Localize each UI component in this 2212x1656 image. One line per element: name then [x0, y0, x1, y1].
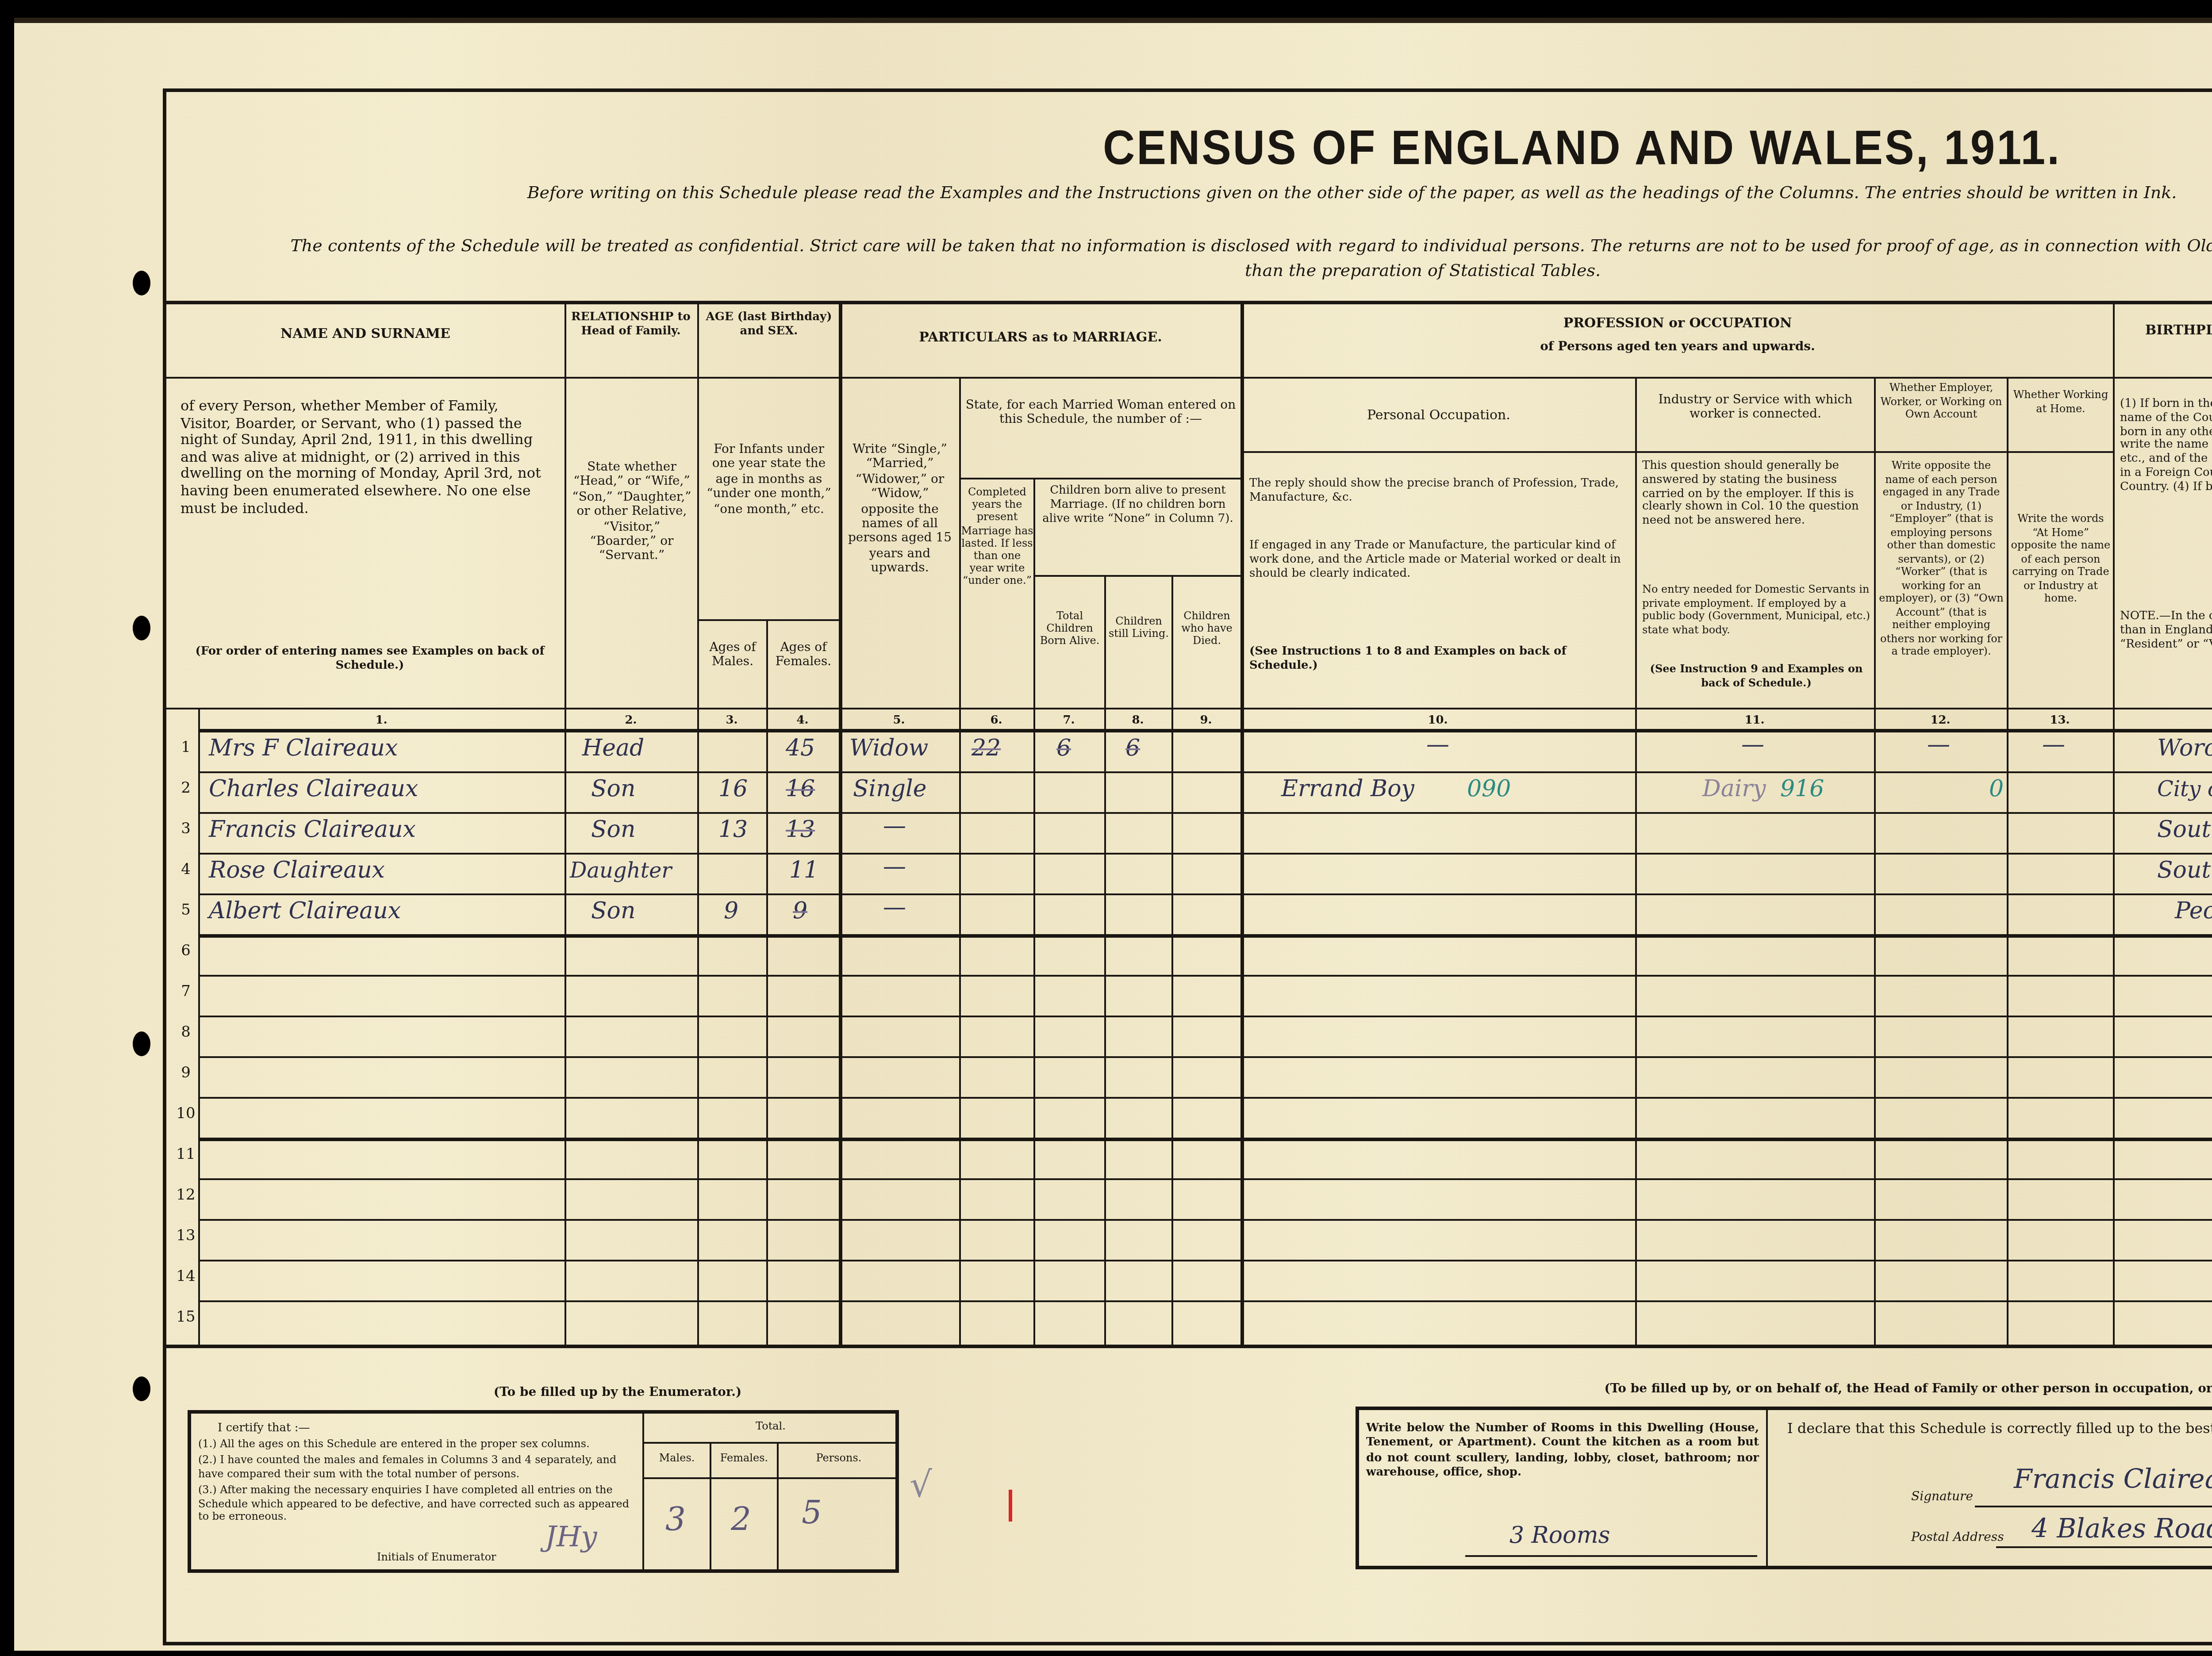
red-tick-mark: [1009, 1490, 1012, 1522]
initials-value[interactable]: JHy: [545, 1520, 597, 1553]
header-industry-instr-1: This question should generally be answer…: [1642, 460, 1870, 529]
column-divider: [697, 301, 699, 1345]
header-personal-instr-3: (See Instructions 1 to 8 and Examples on…: [1249, 646, 1628, 673]
head-of-family-box: Write below the Number of Rooms in this …: [1356, 1407, 2212, 1569]
header-sub-rule: [166, 377, 2212, 379]
row-rule: [198, 975, 2212, 977]
entry-condition[interactable]: —: [883, 895, 906, 922]
address-line: [1996, 1546, 2212, 1548]
header-condition: Write “Single,” “Married,” “Widower,” or…: [842, 442, 957, 576]
entry-industry[interactable]: Dairy: [1702, 777, 1766, 803]
marriage-subheader-rule: [959, 478, 1240, 479]
entry-age-female[interactable]: 45: [786, 736, 815, 763]
employer-code: 0: [1989, 777, 2004, 803]
column-divider: [198, 708, 200, 1345]
column-divider: [1171, 575, 1173, 1345]
industry-code: 916: [1780, 777, 1824, 803]
header-name-note: (For order of entering names see Example…: [184, 646, 556, 673]
row-number: 7: [173, 984, 198, 1001]
row-rule: [198, 853, 2212, 855]
entry-born-alive[interactable]: 6: [1056, 736, 1071, 763]
header-still-living: Children still Living.: [1106, 616, 1171, 641]
row-number: 10: [173, 1106, 198, 1123]
header-name-instructions: of every Person, whether Member of Famil…: [180, 398, 552, 517]
header-birthplace: BIRTHPLACE of every person.: [2115, 322, 2212, 338]
signature-label: Signature: [1911, 1490, 1973, 1504]
entry-birthplace[interactable]: Peckham: [2175, 899, 2212, 925]
row-number: 1: [173, 740, 198, 757]
entry-name[interactable]: Francis Claireaux: [209, 817, 416, 844]
initials-label: Initials of Enumerator: [377, 1552, 496, 1565]
address-value[interactable]: 4 Blakes Road: [2032, 1513, 2212, 1545]
males-label: Males.: [644, 1453, 710, 1466]
column-divider: [1104, 575, 1106, 1345]
row-rule: [198, 1138, 2212, 1141]
entry-age-female[interactable]: 11: [789, 858, 818, 885]
header-occupation-sub: of Persons aged ten years and upwards.: [1242, 340, 2113, 355]
header-employer: Whether Employer, Worker, or Working on …: [1876, 382, 2007, 422]
row-number: 3: [173, 821, 198, 839]
entry-years-married[interactable]: 22: [972, 736, 1001, 763]
entry-condition[interactable]: —: [883, 814, 906, 840]
row-number: 9: [173, 1065, 198, 1083]
row-rule: [198, 1178, 2212, 1180]
header-industry-instr-2: No entry needed for Domestic Servants in…: [1642, 584, 1870, 637]
rooms-value[interactable]: 3 Rooms: [1509, 1523, 1610, 1550]
row-number: 13: [173, 1228, 198, 1246]
head-of-family-heading: (To be filled up by, or on behalf of, th…: [1440, 1380, 2212, 1396]
col-number-12: 12.: [1874, 713, 2007, 727]
entry-condition[interactable]: Single: [853, 777, 926, 803]
entry-age-female[interactable]: 16: [786, 777, 815, 803]
col-number-9: 9.: [1171, 713, 1240, 727]
header-children-born: Children born alive to present Marriage.…: [1035, 485, 1240, 526]
row-number: 4: [173, 862, 198, 879]
punch-hole-icon: [133, 271, 150, 295]
entry-occupation[interactable]: Errand Boy: [1281, 777, 1414, 803]
entry-relationship[interactable]: Son: [591, 817, 635, 844]
header-employer-instr: Write opposite the name of each person e…: [1876, 460, 2007, 659]
females-label: Females.: [711, 1453, 777, 1466]
punch-hole-icon: [133, 1031, 150, 1056]
row-rule: [198, 1260, 2212, 1261]
header-age-males: Ages of Males.: [699, 640, 766, 670]
row-rule: [198, 893, 2212, 895]
check-mark-icon: √: [910, 1463, 932, 1506]
declaration-text: I declare that this Schedule is correctl…: [1787, 1421, 2212, 1437]
column-divider: [766, 619, 768, 1345]
entry-relationship[interactable]: Daughter: [570, 858, 672, 883]
signature-value[interactable]: Francis Claireaux: [2014, 1463, 2212, 1495]
entry-name[interactable]: Charles Claireaux: [209, 777, 418, 803]
header-age-females: Ages of Females.: [768, 640, 839, 670]
certify-item-1: (1.) All the ages on this Schedule are e…: [198, 1438, 641, 1452]
employer-subheader-rule: [1874, 451, 2113, 453]
header-industry-instr-3: (See Instruction 9 and Examples on back …: [1642, 663, 1870, 690]
totals-divider: [642, 1414, 644, 1569]
row-number: 11: [173, 1146, 198, 1164]
header-top-rule: [166, 301, 2212, 304]
column-divider: [2113, 301, 2115, 1345]
row-number: 8: [173, 1024, 198, 1042]
header-name: NAME AND SURNAME: [166, 326, 565, 341]
footer-divider: [1766, 1410, 1768, 1566]
col-number-5: 5.: [839, 713, 959, 727]
census-page: CENSUS OF ENGLAND AND WALES, 1911. Befor…: [0, 0, 2212, 1656]
col-number-13: 13.: [2007, 713, 2113, 727]
header-bottom-rule: [166, 708, 2212, 709]
col-number-4: 4.: [766, 713, 839, 727]
entry-age-male[interactable]: 13: [718, 817, 748, 844]
row-rule: [198, 1097, 2212, 1099]
col-number-10: 10.: [1240, 713, 1635, 727]
header-married-woman: State, for each Married Woman entered on…: [963, 398, 1239, 428]
entry-age-female[interactable]: 9: [793, 899, 807, 925]
header-home: Whether Working at Home.: [2008, 389, 2113, 416]
entry-living[interactable]: 6: [1125, 736, 1140, 763]
header-birthplace-instr: (1) If born in the United Kingdom, write…: [2120, 398, 2212, 494]
certify-label: I certify that :—: [218, 1421, 310, 1435]
row-rule: [198, 771, 2212, 773]
header-died: Children who have Died.: [1173, 610, 1240, 648]
row-number: 12: [173, 1187, 198, 1205]
confidentiality-notice: The contents of the Schedule will be tre…: [184, 237, 2212, 257]
col-number-1: 1.: [198, 713, 565, 727]
column-divider: [1240, 301, 1244, 1345]
col-number-2: 2.: [565, 713, 697, 727]
row-number: 15: [173, 1309, 198, 1327]
header-age: AGE (last Birthday) and SEX.: [699, 311, 839, 339]
enumerator-heading: (To be filled up by the Enumerator.): [414, 1384, 821, 1399]
children-subheader-rule: [1033, 575, 1240, 577]
col-number-8: 8.: [1104, 713, 1171, 727]
occupation-code: 090: [1467, 777, 1511, 803]
enumerator-certificate-box: I certify that :— (1.) All the ages on t…: [188, 1410, 899, 1573]
rooms-line: [1465, 1555, 1757, 1557]
rooms-instructions: Write below the Number of Rooms in this …: [1366, 1421, 1759, 1480]
entry-relationship[interactable]: Son: [591, 777, 635, 803]
entry-birthplace[interactable]: Worcester: [2157, 736, 2212, 763]
header-age-instructions: For Infants under one year state the age…: [701, 442, 837, 517]
row-rule: [198, 812, 2212, 814]
col-number-3: 3.: [697, 713, 766, 727]
row-rule: [198, 1219, 2212, 1221]
row-number: 2: [173, 780, 198, 798]
column-divider: [839, 301, 842, 1345]
row-number: 6: [173, 943, 198, 961]
header-occupation: PROFESSION or OCCUPATION: [1242, 315, 2113, 331]
row-rule: [198, 1016, 2212, 1017]
column-divider: [1635, 377, 1637, 1345]
col-number-7: 7.: [1033, 713, 1104, 727]
page-title: CENSUS OF ENGLAND AND WALES, 1911.: [697, 121, 2212, 178]
entry-birthplace[interactable]: City of London: [2157, 777, 2212, 801]
persons-label: Persons.: [779, 1453, 899, 1466]
entry-home[interactable]: —: [2042, 732, 2065, 759]
header-birthplace-note: NOTE.—In the case of persons born elsewh…: [2120, 610, 2212, 652]
punch-hole-icon: [133, 1376, 150, 1401]
entry-age-male[interactable]: 9: [724, 899, 738, 925]
col-number-6: 6.: [959, 713, 1033, 727]
column-divider: [1033, 478, 1035, 1345]
intro-instructions: Before writing on this Schedule please r…: [467, 184, 2212, 203]
total-males[interactable]: 3: [665, 1502, 686, 1539]
header-relationship: RELATIONSHIP to Head of Family.: [566, 311, 695, 339]
entry-age-female[interactable]: 13: [786, 817, 815, 844]
entry-occupation[interactable]: —: [1426, 732, 1449, 759]
entry-birthplace[interactable]: Southwark: [2157, 858, 2212, 885]
row-number: 5: [173, 902, 198, 920]
address-label: Postal Address: [1911, 1530, 2004, 1545]
entry-relationship[interactable]: Son: [591, 899, 635, 925]
row-rule: [198, 1300, 2212, 1302]
entry-condition[interactable]: —: [883, 855, 906, 881]
col-number-11: 11.: [1635, 713, 1874, 727]
header-years-married: Completed years the present Marriage has…: [961, 487, 1033, 588]
header-personal-instr-2: If engaged in any Trade or Manufacture, …: [1249, 540, 1628, 581]
age-subheader-rule: [697, 619, 839, 621]
total-label: Total.: [642, 1421, 899, 1434]
header-personal-instr-1: The reply should show the precise branch…: [1249, 478, 1628, 505]
census-schedule-paper: CENSUS OF ENGLAND AND WALES, 1911. Befor…: [14, 18, 2212, 1651]
entry-name[interactable]: Albert Claireaux: [209, 899, 401, 925]
entry-age-male[interactable]: 16: [718, 777, 748, 803]
column-divider: [565, 301, 566, 1345]
schedule-frame: CENSUS OF ENGLAND AND WALES, 1911. Befor…: [163, 88, 2212, 1645]
table-bottom-rule: [166, 1345, 2212, 1348]
signature-line: [1975, 1506, 2212, 1507]
entry-condition[interactable]: Widow: [849, 736, 928, 763]
entry-industry[interactable]: —: [1741, 732, 1764, 759]
punch-hole-icon: [133, 616, 150, 640]
confidentiality-notice-cont: than the preparation of Statistical Tabl…: [184, 262, 2212, 281]
totals-rule: [642, 1442, 899, 1444]
header-total-born-alive: Total Children Born Alive.: [1035, 610, 1104, 648]
header-industry: Industry or Service with which worker is…: [1639, 393, 1872, 422]
total-females[interactable]: 2: [731, 1502, 751, 1539]
totals-rule: [642, 1477, 899, 1479]
header-personal-occupation: Personal Occupation.: [1246, 407, 1632, 423]
entry-name[interactable]: Rose Claireaux: [209, 858, 385, 885]
column-number-rule: [198, 729, 2212, 732]
header-marriage: PARTICULARS as to MARRIAGE.: [841, 329, 1240, 345]
entry-relationship[interactable]: Head: [582, 736, 644, 763]
entry-birthplace[interactable]: Southwark: [2157, 817, 2212, 844]
entry-name[interactable]: Mrs F Claireaux: [209, 736, 398, 763]
entry-employer[interactable]: —: [1927, 732, 1950, 759]
certify-item-3: (3.) After making the necessary enquirie…: [198, 1484, 641, 1524]
total-persons[interactable]: 5: [802, 1495, 822, 1532]
certify-item-2: (2.) I have counted the males and female…: [198, 1454, 641, 1481]
header-relationship-instructions: State whether “Head,” or “Wife,” “Son,” …: [570, 460, 694, 564]
row-rule: [198, 1056, 2212, 1058]
row-rule: [198, 934, 2212, 938]
col-number-14: 14: [2113, 713, 2212, 727]
header-home-instr: Write the words “At Home” opposite the n…: [2008, 513, 2113, 606]
row-number: 14: [173, 1269, 198, 1286]
